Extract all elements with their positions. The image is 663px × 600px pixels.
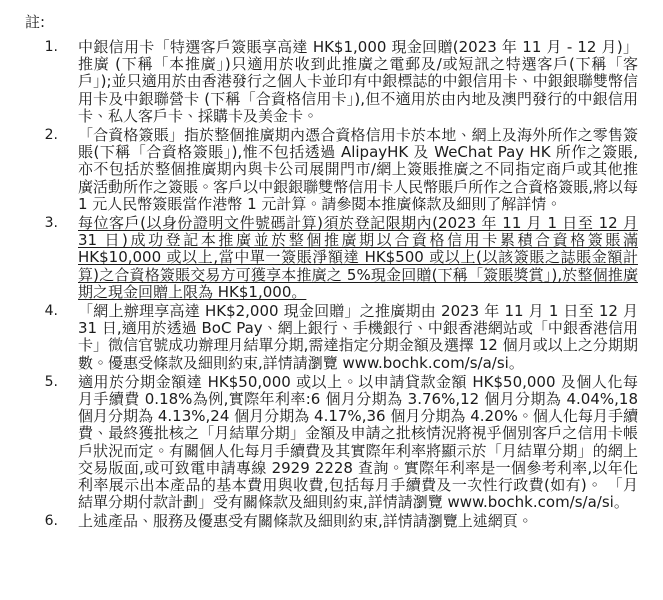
note-item-number: 5. xyxy=(25,374,58,391)
note-item-number: 6. xyxy=(25,513,58,530)
note-item-6: 6. 上述產品、服務及優惠受有關條款及細則約束,詳情請瀏覽上述網頁。 xyxy=(25,513,639,530)
note-item-4: 4. 「網上辦理享高達 HK$2,000 現金回贈」之推廣期由 2023 年 1… xyxy=(25,303,639,372)
note-item-number: 4. xyxy=(25,303,58,320)
note-item-text: 中銀信用卡「特選客戶簽賬享高達 HK$1,000 現金回贈(2023 年 11 … xyxy=(78,39,638,125)
note-item-5: 5. 適用於分期金額達 HK$50,000 或以上。以申請貸款金額 HK$50,… xyxy=(25,374,639,512)
note-item-text: 每位客戶(以身份證明文件號碼計算)須於登記限期內(2023 年 11 月 1 日… xyxy=(78,215,638,301)
note-item-3: 3. 每位客戶(以身份證明文件號碼計算)須於登記限期內(2023 年 11 月 … xyxy=(25,215,639,301)
note-item-number: 2. xyxy=(25,127,58,144)
note-item-text: 適用於分期金額達 HK$50,000 或以上。以申請貸款金額 HK$50,000… xyxy=(78,374,638,512)
note-item-number: 1. xyxy=(25,39,58,56)
notes-document: 註: 1. 中銀信用卡「特選客戶簽賬享高達 HK$1,000 現金回贈(2023… xyxy=(0,0,663,531)
note-item-text: 「網上辦理享高達 HK$2,000 現金回贈」之推廣期由 2023 年 11 月… xyxy=(78,303,638,372)
note-item-number: 3. xyxy=(25,215,58,232)
note-item-text: 上述產品、服務及優惠受有關條款及細則約束,詳情請瀏覽上述網頁。 xyxy=(78,513,638,530)
note-item-2: 2. 「合資格簽賬」指於整個推廣期內憑合資格信用卡於本地、網上及海外所作之零售簽… xyxy=(25,127,639,213)
note-item-text: 「合資格簽賬」指於整個推廣期內憑合資格信用卡於本地、網上及海外所作之零售簽賬(下… xyxy=(78,127,638,213)
notes-list: 1. 中銀信用卡「特選客戶簽賬享高達 HK$1,000 現金回贈(2023 年 … xyxy=(25,39,639,531)
note-item-1: 1. 中銀信用卡「特選客戶簽賬享高達 HK$1,000 現金回贈(2023 年 … xyxy=(25,39,639,125)
notes-heading: 註: xyxy=(25,13,639,31)
